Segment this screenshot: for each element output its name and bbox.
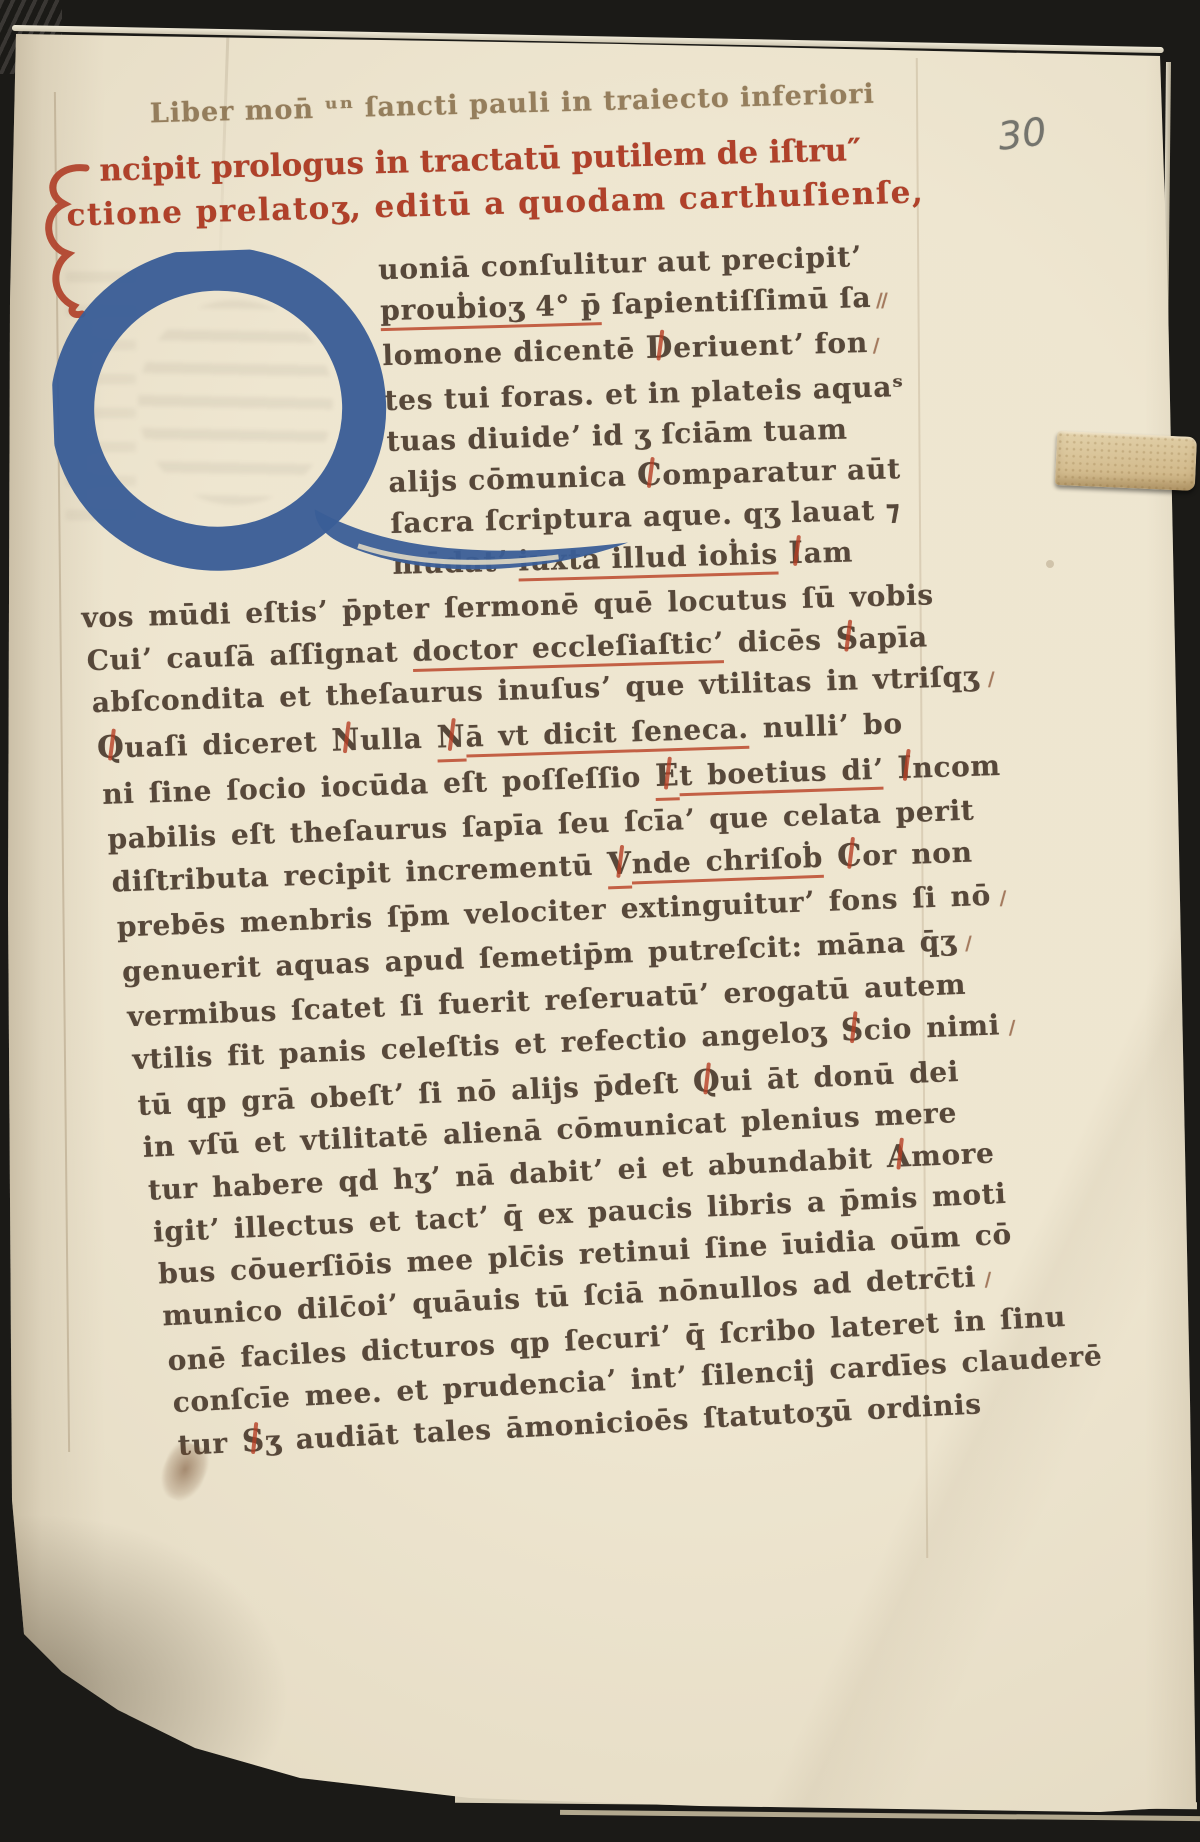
photograph-backdrop: 30 Liber mon̄ ᵘⁿ ſancti pauli in traiect… [0, 0, 1200, 1842]
small-speck [1046, 560, 1054, 568]
illuminated-initial-q [48, 236, 660, 625]
folio-number: 30 [995, 109, 1048, 159]
ex-libris-inscription: Liber mon̄ ᵘⁿ ſancti pauli in traiecto i… [149, 76, 968, 129]
prologue-text-full: vos mūdi eſtisʼ p̄pter ſermonē quē locut… [81, 573, 1004, 1469]
rubric-incipit: ncipit prologus in tractatū putilem de i… [59, 125, 971, 238]
parchment-index-tab [1055, 431, 1197, 491]
manuscript-page: 30 Liber mon̄ ᵘⁿ ſancti pauli in traiect… [0, 0, 1200, 1842]
